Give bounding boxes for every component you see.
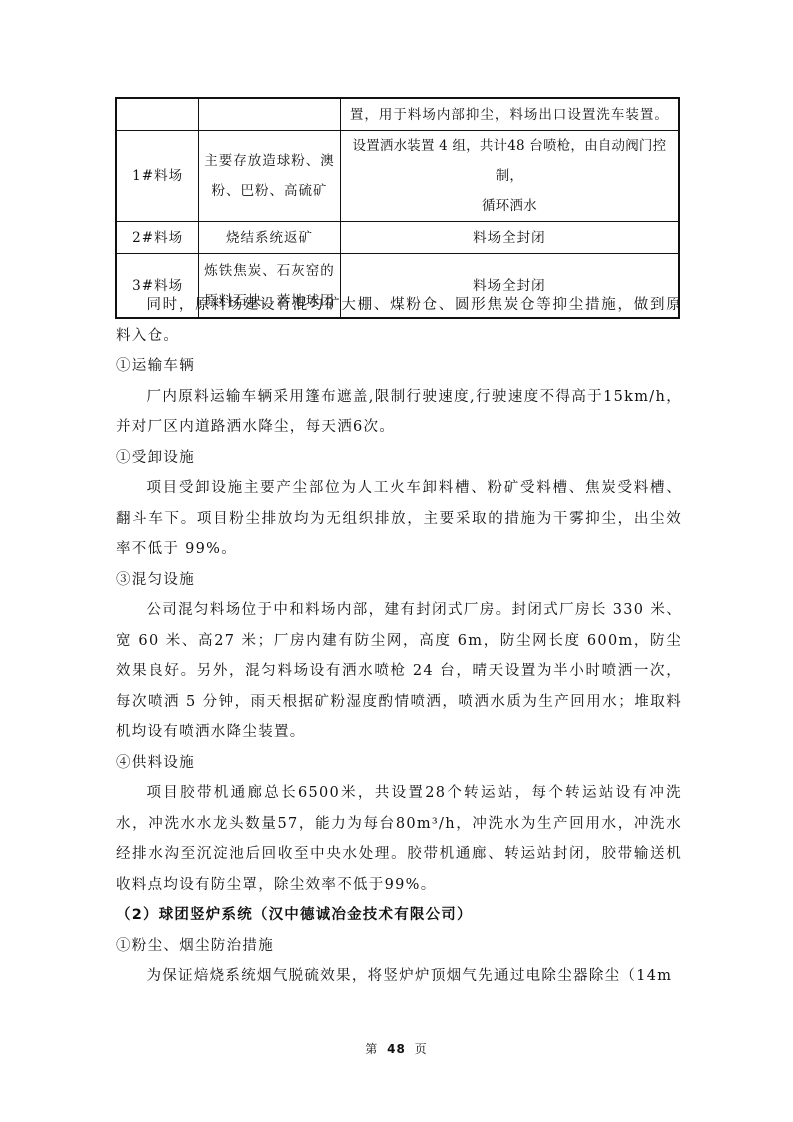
- section-heading-pellet-shaft-furnace: （2）球团竖炉系统（汉中德诚冶金技术有限公司）: [116, 900, 682, 931]
- materials-line: 主要存放造球粉、澳: [203, 146, 336, 176]
- yard-cell: [116, 98, 199, 131]
- paragraph-transport-vehicles: 厂内原料运输车辆采用篷布遮盖,限制行驶速度,行驶速度不得高于15km/h，并对厂…: [116, 382, 682, 443]
- measures-cell: 设置洒水装置 4 组，共计48 台喷枪，由自动阀门控制， 循环洒水: [340, 131, 679, 222]
- materials-line: 粉、巴粉、高硫矿: [203, 176, 336, 206]
- yard-cell: 2#料场: [116, 222, 199, 254]
- heading-unloading-facilities: ①受卸设施: [116, 443, 682, 474]
- measures-line: 料场全封闭: [345, 223, 674, 253]
- heading-transport-vehicles: ①运输车辆: [116, 351, 682, 382]
- paragraph-supply-facilities: 项目胶带机通廊总长6500米，共设置28个转运站，每个转运站设有冲洗水，冲洗水水…: [116, 778, 682, 900]
- measures-line: 置，用于料场内部抑尘，料场出口设置洗车装置。: [345, 100, 674, 130]
- material-yard-table: 置，用于料场内部抑尘，料场出口设置洗车装置。 1#料场 主要存放造球粉、澳 粉、…: [115, 97, 680, 319]
- page-label-prefix: 第: [365, 1042, 378, 1056]
- measures-cell: 置，用于料场内部抑尘，料场出口设置洗车装置。: [340, 98, 679, 131]
- page-footer: 第 48 页: [0, 1040, 793, 1057]
- measures-cell: 料场全封闭: [340, 222, 679, 254]
- heading-supply-facilities: ④供料设施: [116, 748, 682, 779]
- table-row: 2#料场 烧结系统返矿 料场全封闭: [116, 222, 679, 254]
- measures-line: 循环洒水: [345, 191, 674, 221]
- materials-cell: 烧结系统返矿: [199, 222, 341, 254]
- heading-dust-control: ①粉尘、烟尘防治措施: [116, 931, 682, 962]
- page-label-suffix: 页: [415, 1042, 428, 1056]
- heading-blending-facilities: ③混匀设施: [116, 565, 682, 596]
- table-row: 置，用于料场内部抑尘，料场出口设置洗车装置。: [116, 98, 679, 131]
- materials-cell: [199, 98, 341, 131]
- paragraph-blending-facilities: 公司混匀料场位于中和料场内部，建有封闭式厂房。封闭式厂房长 330 米、宽 60…: [116, 595, 682, 748]
- materials-line: 炼铁焦炭、石灰窑的: [203, 256, 336, 286]
- page-number: 48: [387, 1042, 406, 1056]
- body-text: 同时，原料场建设有混匀矿大棚、煤粉仓、圆形焦炭仓等抑尘措施，做到原料入仓。 ①运…: [116, 290, 682, 992]
- materials-line: 烧结系统返矿: [203, 223, 336, 253]
- document-page: 置，用于料场内部抑尘，料场出口设置洗车装置。 1#料场 主要存放造球粉、澳 粉、…: [0, 0, 793, 1122]
- measures-line: 设置洒水装置 4 组，共计48 台喷枪，由自动阀门控制，: [345, 131, 674, 191]
- table-row: 1#料场 主要存放造球粉、澳 粉、巴粉、高硫矿 设置洒水装置 4 组，共计48 …: [116, 131, 679, 222]
- paragraph-intro: 同时，原料场建设有混匀矿大棚、煤粉仓、圆形焦炭仓等抑尘措施，做到原料入仓。: [116, 290, 682, 351]
- paragraph-unloading-facilities: 项目受卸设施主要产尘部位为人工火车卸料槽、粉矿受料槽、焦炭受料槽、翻斗车下。项目…: [116, 473, 682, 565]
- materials-cell: 主要存放造球粉、澳 粉、巴粉、高硫矿: [199, 131, 341, 222]
- paragraph-dust-control: 为保证焙烧系统烟气脱硫效果，将竖炉炉顶烟气先通过电除尘器除尘（14m: [116, 961, 682, 992]
- yard-cell: 1#料场: [116, 131, 199, 222]
